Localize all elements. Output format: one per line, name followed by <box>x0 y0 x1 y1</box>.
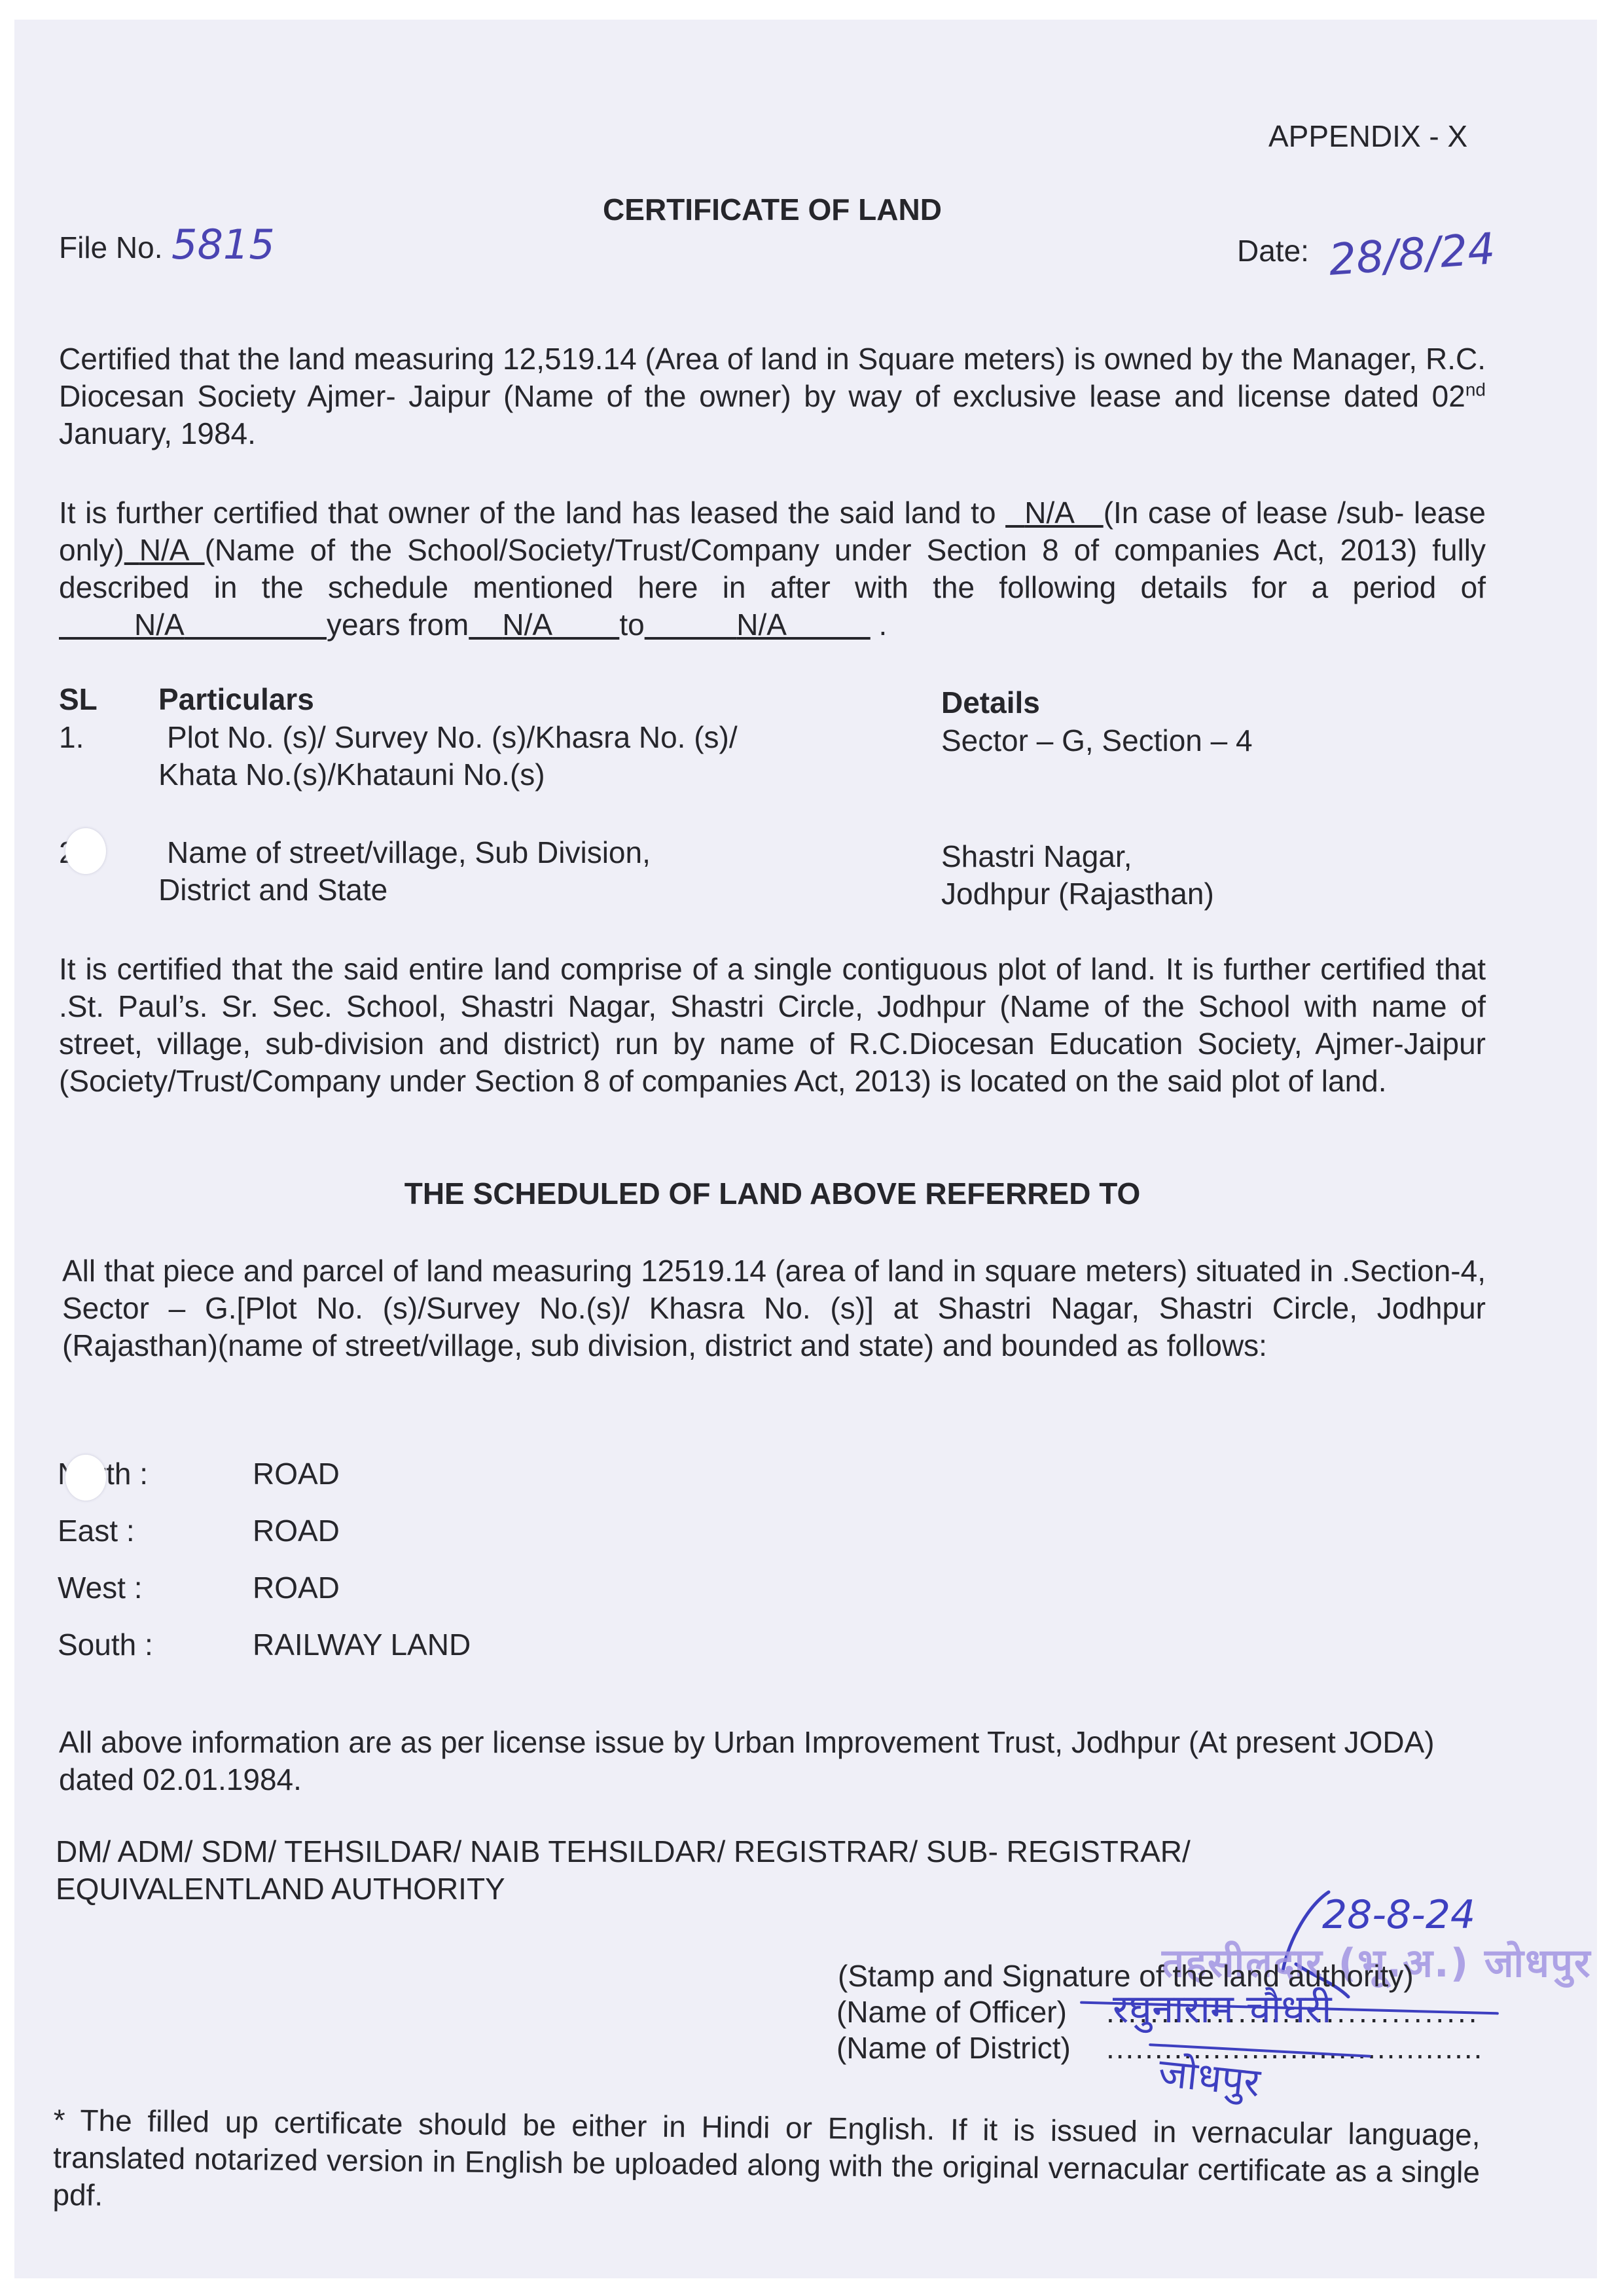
lessee-field: N/A <box>1005 496 1104 530</box>
authority-line-1: DM/ ADM/ SDM/ TEHSILDAR/ NAIB TEHSILDAR/… <box>56 1833 1191 1870</box>
schedule-text: All that piece and parcel of land measur… <box>62 1252 1486 1364</box>
date-label: Date: <box>1237 232 1309 270</box>
para2-text-f: . <box>871 608 888 642</box>
file-no-label: File No. <box>59 229 162 266</box>
row-details-1: Sector – G, Section – 4 <box>941 722 1253 759</box>
ownership-paragraph: Certified that the land measuring 12,519… <box>59 340 1486 452</box>
file-no-value: 5815 <box>171 226 275 263</box>
row-details-2: Jodhpur (Rajasthan) <box>941 875 1214 913</box>
license-info-paragraph: All above information are as per license… <box>59 1724 1460 1798</box>
officer-name-label: (Name of Officer) <box>836 1994 1067 2031</box>
row-particulars-1: Name of street/village, Sub Division, <box>167 834 651 871</box>
boundary-value-east: ROAD <box>253 1512 340 1550</box>
row-particulars-2: Khata No.(s)/Khatauni No.(s) <box>158 756 545 793</box>
row-sl: 1. <box>59 719 84 756</box>
appendix-label: APPENDIX - X <box>1268 118 1467 155</box>
row-details-1: Shastri Nagar, <box>941 838 1132 875</box>
footnote-text: * The filled up certificate should be ei… <box>52 2102 1481 2229</box>
boundary-value-north: ROAD <box>253 1455 340 1493</box>
schedule-paragraph: All that piece and parcel of land measur… <box>62 1252 1486 1364</box>
sublessee-field: N/A <box>124 533 205 567</box>
para2-text-d: years from <box>327 608 469 642</box>
district-name-value: जोधपुर <box>1156 2044 1263 2108</box>
table-header-sl: SL <box>59 681 98 718</box>
table-header-details: Details <box>941 684 1040 721</box>
row-particulars-2: District and State <box>158 871 387 909</box>
punch-hole <box>65 1455 106 1501</box>
boundary-label-east: East : <box>58 1512 135 1550</box>
footnote: * The filled up certificate should be ei… <box>52 2102 1481 2229</box>
svg-text:28-8-24: 28-8-24 <box>1322 1892 1475 1938</box>
boundary-value-south: RAILWAY LAND <box>253 1626 471 1664</box>
para2-text: It is further certified that owner of th… <box>59 496 1005 530</box>
para2-text-c: (Name of the School/Society/Trust/Compan… <box>59 533 1486 604</box>
ordinal-suffix: nd <box>1465 380 1486 400</box>
table-header-particulars: Particulars <box>158 681 314 718</box>
boundary-label-south: South : <box>58 1626 153 1664</box>
para2-text-e: to <box>619 608 644 642</box>
date-value: 28/8/24 <box>1327 230 1496 279</box>
lease-paragraph: It is further certified that owner of th… <box>59 494 1486 644</box>
punch-hole <box>65 828 106 874</box>
row-particulars-1: Plot No. (s)/ Survey No. (s)/Khasra No. … <box>167 719 738 756</box>
para1-text-end: January, 1984. <box>59 416 256 450</box>
from-field: N/A <box>469 608 619 642</box>
authority-line-2: EQUIVALENTLAND AUTHORITY <box>56 1870 505 1908</box>
period-field: N/A <box>59 608 327 642</box>
para1-text: Certified that the land measuring 12,519… <box>59 342 1486 413</box>
boundary-value-west: ROAD <box>253 1569 340 1607</box>
boundary-label-west: West : <box>58 1569 143 1607</box>
para5-text: All above information are as per license… <box>59 1724 1460 1798</box>
schedule-heading: THE SCHEDULED OF LAND ABOVE REFERRED TO <box>0 1175 1545 1212</box>
para3-text: It is certified that the said entire lan… <box>59 951 1486 1100</box>
district-name-label: (Name of District) <box>836 2030 1071 2067</box>
to-field: N/A <box>645 608 871 642</box>
school-location-paragraph: It is certified that the said entire lan… <box>59 951 1486 1100</box>
